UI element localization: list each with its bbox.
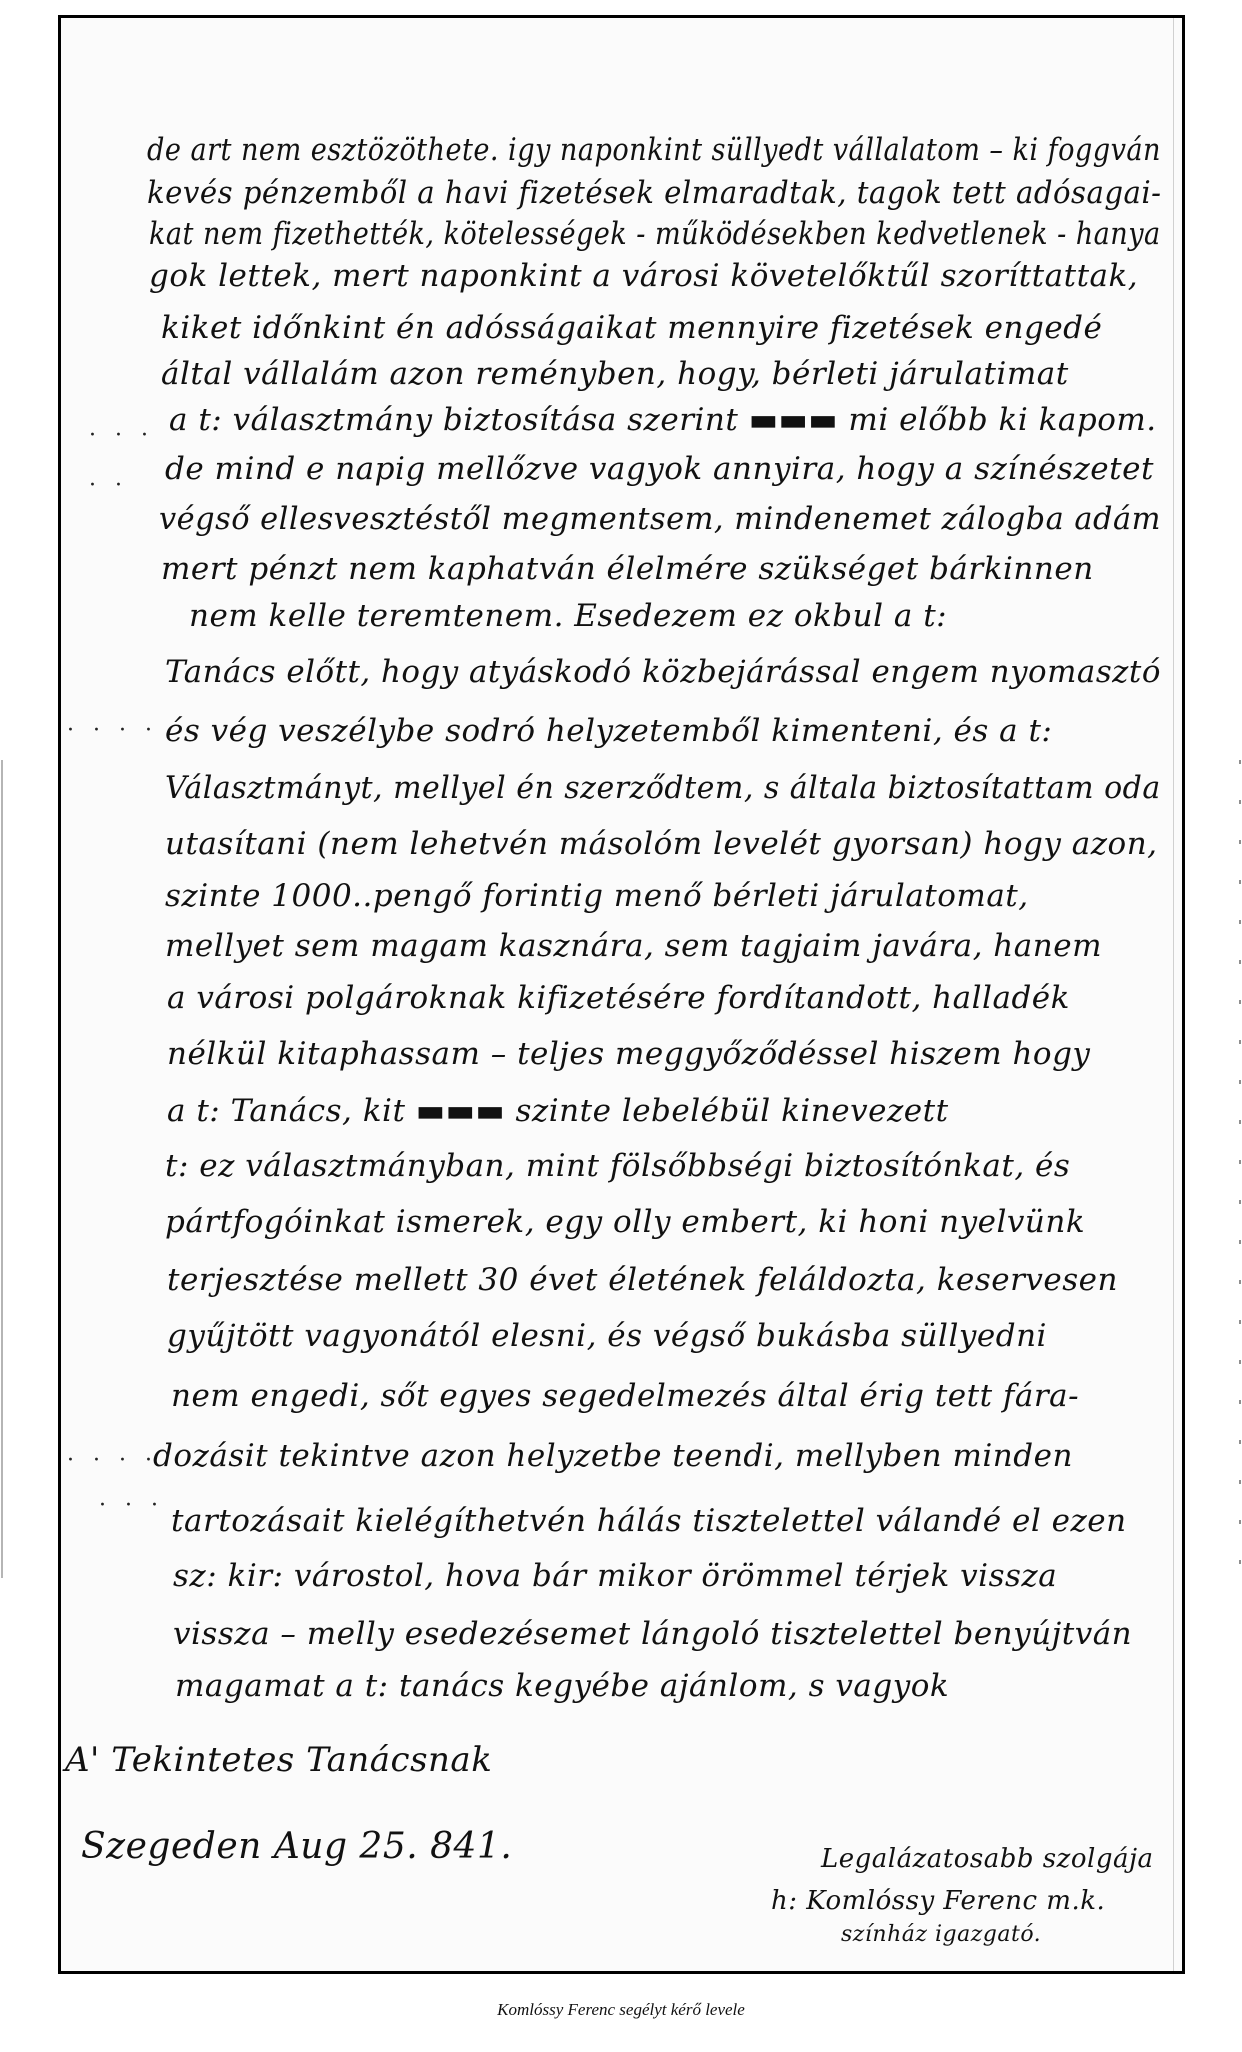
letter-line: tartozásait kielégíthetvén hálás tisztel… bbox=[171, 1503, 1127, 1539]
letter-line: végső ellesvesztéstől megmentsem, minden… bbox=[159, 501, 1161, 537]
letter-addressee: A' Tekintetes Tanácsnak bbox=[65, 1740, 492, 1780]
letter-line: szinte 1000..pengő forintig menő bérleti… bbox=[165, 878, 1029, 914]
letter-line: dozásit tekintve azon helyzetbe teendi, … bbox=[153, 1438, 1073, 1474]
letter-line: vissza – melly esedezésemet lángoló tisz… bbox=[173, 1616, 1132, 1652]
letter-line: gyűjtött vagyonától elesni, és végső buk… bbox=[167, 1318, 1047, 1354]
letter-image-frame: de art nem esztözöthete. igy naponkint s… bbox=[58, 15, 1185, 1974]
letter-line: Választmányt, mellyel én szerződtem, s á… bbox=[165, 770, 1161, 806]
letter-line: a t: Tanács, kit ▬▬▬ szinte lebelébül ki… bbox=[167, 1093, 949, 1129]
ink-specks: · · bbox=[89, 473, 128, 498]
ink-specks: · · · · bbox=[67, 1448, 158, 1473]
handwritten-letter: de art nem esztözöthete. igy naponkint s… bbox=[61, 18, 1182, 1971]
letter-line: mert pénzt nem kaphatván élelmére szüksé… bbox=[161, 551, 1094, 587]
letter-line: és vég veszélybe sodró helyzetemből kime… bbox=[165, 713, 1052, 749]
letter-line: nem kelle teremtenem. Esedezem ez okbul … bbox=[189, 598, 947, 634]
letter-line: a t: választmány biztosítása szerint ▬▬▬… bbox=[169, 402, 1157, 438]
signature-name: h: Komlóssy Ferenc m.k. bbox=[771, 1886, 1105, 1916]
letter-place-date: Szegeden Aug 25. 841. bbox=[81, 1826, 512, 1867]
figure-caption: Komlóssy Ferenc segélyt kérő levele bbox=[0, 2000, 1242, 2020]
letter-line: terjesztése mellett 30 évet életének fel… bbox=[167, 1262, 1118, 1298]
page-edge-line bbox=[1, 760, 3, 1578]
signature-closing: Legalázatosabb szolgája bbox=[821, 1844, 1154, 1874]
letter-line: mellyet sem magam kasznára, sem tagjaim … bbox=[165, 928, 1102, 964]
page-edge-dots bbox=[1239, 760, 1241, 1580]
letter-line: utasítani (nem lehetvén másolóm levelét … bbox=[165, 826, 1158, 862]
letter-line: pártfogóinkat ismerek, egy olly embert, … bbox=[165, 1204, 1085, 1240]
letter-line: de mind e napig mellőzve vagyok annyira,… bbox=[165, 451, 1154, 487]
signature-title: színház igazgató. bbox=[841, 1922, 1041, 1947]
ink-specks: · · · · bbox=[67, 718, 158, 743]
letter-line: de art nem esztözöthete. igy naponkint s… bbox=[147, 132, 1161, 168]
letter-line: gok lettek, mert naponkint a városi köve… bbox=[149, 258, 1138, 294]
letter-line: kat nem fizethették, kötelességek - műkö… bbox=[149, 216, 1161, 252]
letter-line: nem engedi, sőt egyes segedelmezés által… bbox=[171, 1378, 1079, 1414]
ink-specks: · · · bbox=[89, 423, 154, 448]
letter-line: kiket időnkint én adósságaikat mennyire … bbox=[161, 310, 1102, 346]
letter-line: által vállalám azon reményben, hogy, bér… bbox=[161, 356, 1069, 392]
letter-line: Tanács előtt, hogy atyáskodó közbejáráss… bbox=[165, 654, 1161, 690]
letter-line: nélkül kitaphassam – teljes meggyőződéss… bbox=[167, 1036, 1090, 1072]
letter-line: a városi polgároknak kifizetésére fordít… bbox=[167, 980, 1070, 1016]
letter-line: magamat a t: tanács kegyébe ajánlom, s v… bbox=[175, 1668, 949, 1704]
letter-line: sz: kir: várostol, hova bár mikor örömme… bbox=[173, 1558, 1057, 1594]
ink-specks: · · · bbox=[99, 1493, 164, 1518]
letter-line: t: ez választmányban, mint fölsőbbségi b… bbox=[165, 1148, 1070, 1184]
letter-line: kevés pénzemből a havi fizetések elmarad… bbox=[147, 175, 1161, 211]
